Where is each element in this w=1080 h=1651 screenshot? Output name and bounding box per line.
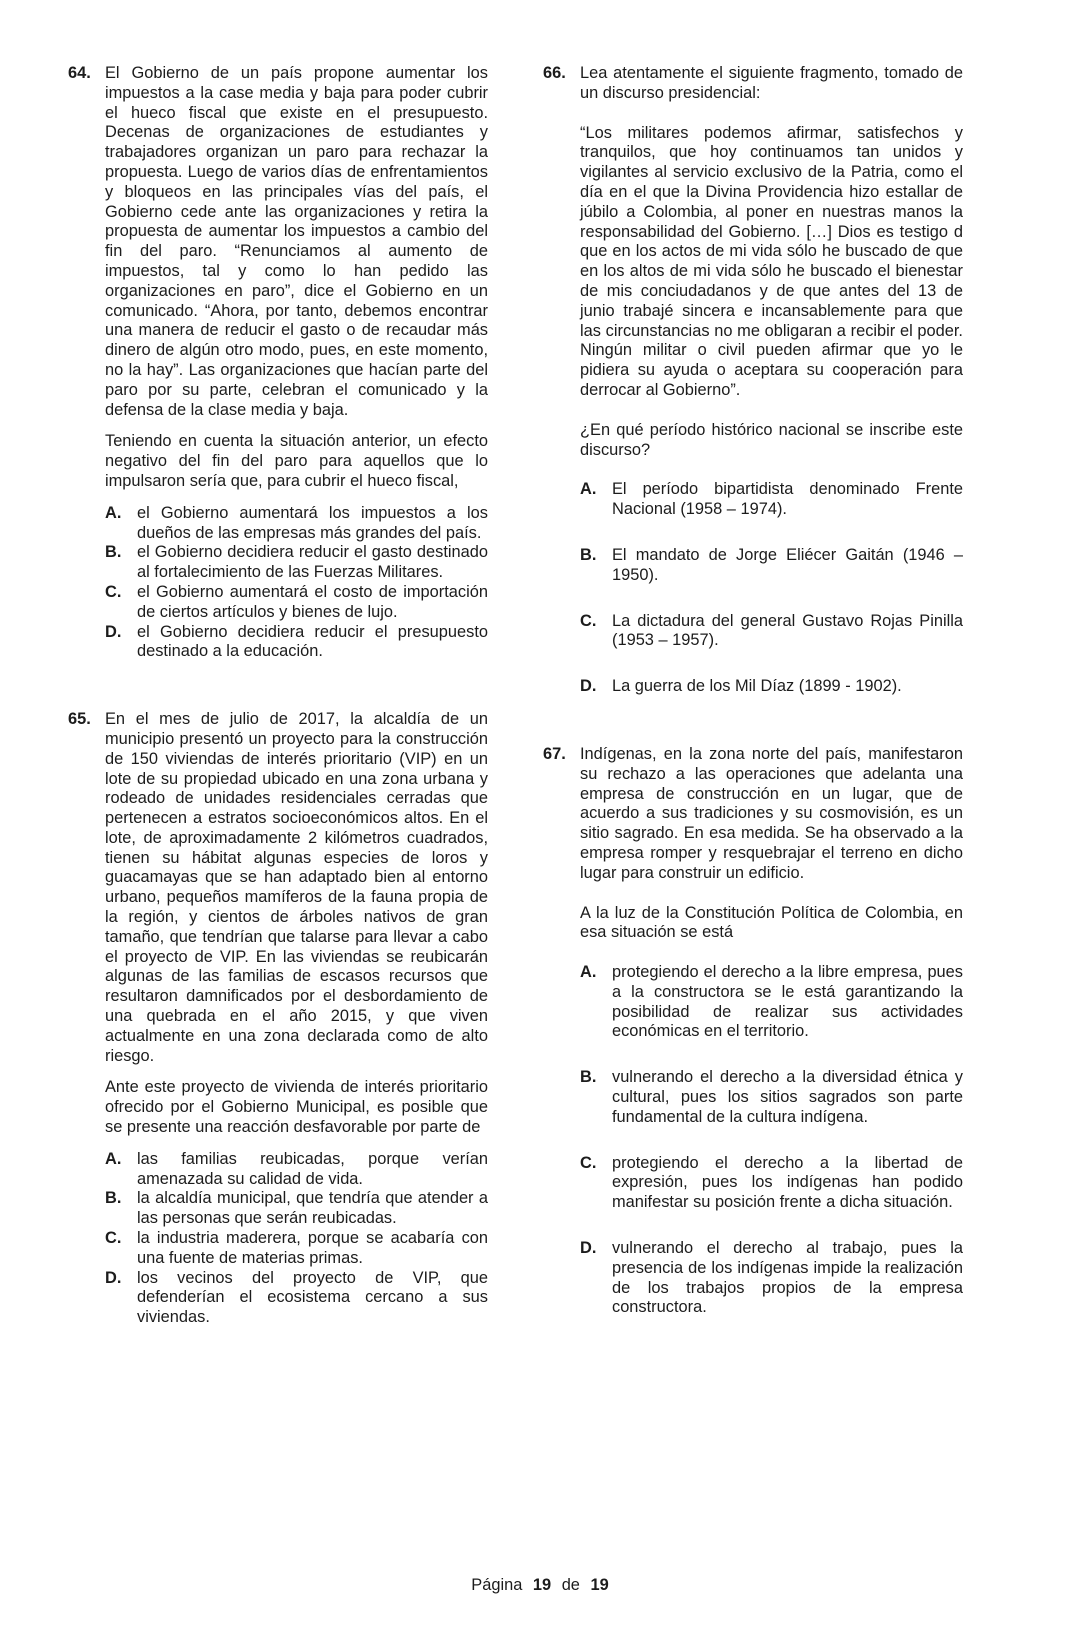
question-prompt: ¿En qué período histórico nacional se in… — [580, 421, 963, 461]
question-number: 67. — [543, 745, 580, 1318]
option-letter: C. — [105, 583, 137, 623]
option-letter: A. — [580, 963, 612, 1042]
option-letter: B. — [105, 543, 137, 583]
question-64: 64. El Gobierno de un país propone aumen… — [68, 64, 488, 662]
page-footer: Página 19 de 19 — [0, 1576, 1080, 1596]
answer-option-a: A. protegiendo el derecho a la libre emp… — [580, 963, 963, 1042]
answer-options: A. las familias reubicadas, porque vería… — [105, 1150, 488, 1328]
answer-option-b: B. la alcaldía municipal, que tendría qu… — [105, 1189, 488, 1229]
option-text: vulnerando el derecho al trabajo, pues l… — [612, 1239, 963, 1318]
answer-option-b: B. El mandato de Jorge Eliécer Gaitán (1… — [580, 546, 963, 586]
option-letter: B. — [105, 1189, 137, 1229]
answer-option-d: D. La guerra de los Mil Díaz (1899 - 190… — [580, 677, 963, 697]
answer-option-c: C. protegiendo el derecho a la libertad … — [580, 1154, 963, 1213]
answer-option-b: B. el Gobierno decidiera reducir el gast… — [105, 543, 488, 583]
footer-label-of: de — [562, 1576, 580, 1596]
option-letter: D. — [105, 1269, 137, 1328]
page-number: 19 — [533, 1576, 551, 1596]
option-text: El mandato de Jorge Eliécer Gaitán (1946… — [612, 546, 963, 586]
option-letter: A. — [105, 504, 137, 544]
answer-option-b: B. vulnerando el derecho a la diversidad… — [580, 1068, 963, 1127]
option-text: La dictadura del general Gustavo Rojas P… — [612, 612, 963, 652]
total-pages: 19 — [590, 1576, 608, 1596]
option-text: protegiendo el derecho a la libertad de … — [612, 1154, 963, 1213]
answer-option-d: D. los vecinos del proyecto de VIP, que … — [105, 1269, 488, 1328]
left-column: 64. El Gobierno de un país propone aumen… — [68, 64, 488, 1328]
option-letter: B. — [580, 1068, 612, 1127]
question-67: 67. Indígenas, en la zona norte del país… — [543, 745, 963, 1318]
question-body: El Gobierno de un país propone aumentar … — [105, 64, 488, 662]
question-paragraph: El Gobierno de un país propone aumentar … — [105, 64, 488, 420]
option-letter: A. — [105, 1150, 137, 1190]
option-letter: C. — [580, 612, 612, 652]
quote-paragraph: “Los militares podemos afirmar, satisfec… — [580, 124, 963, 401]
option-letter: D. — [580, 1239, 612, 1318]
option-text: El período bipartidista denominado Frent… — [612, 480, 963, 520]
question-paragraph: Lea atentamente el siguiente fragmento, … — [580, 64, 963, 104]
question-number: 65. — [68, 710, 105, 1328]
answer-option-c: C. la industria maderera, porque se acab… — [105, 1229, 488, 1269]
option-text: La guerra de los Mil Díaz (1899 - 1902). — [612, 677, 963, 697]
option-text: el Gobierno aumentará el costo de import… — [137, 583, 488, 623]
option-text: vulnerando el derecho a la diversidad ét… — [612, 1068, 963, 1127]
question-paragraph: Ante este proyecto de vivienda de interé… — [105, 1078, 488, 1137]
right-column: 66. Lea atentamente el siguiente fragmen… — [543, 64, 963, 1328]
option-text: la alcaldía municipal, que tendría que a… — [137, 1189, 488, 1229]
option-letter: D. — [580, 677, 612, 697]
exam-page: 64. El Gobierno de un país propone aumen… — [0, 0, 1080, 1651]
question-prompt: A la luz de la Constitución Política de … — [580, 904, 963, 944]
question-paragraph: Indígenas, en la zona norte del país, ma… — [580, 745, 963, 884]
option-text: el Gobierno decidiera reducir el gasto d… — [137, 543, 488, 583]
question-65: 65. En el mes de julio de 2017, la alcal… — [68, 710, 488, 1328]
option-text: la industria maderera, porque se acabarí… — [137, 1229, 488, 1269]
option-letter: C. — [580, 1154, 612, 1213]
answer-options: A. protegiendo el derecho a la libre emp… — [580, 963, 963, 1318]
answer-option-d: D. el Gobierno decidiera reducir el pres… — [105, 623, 488, 663]
two-column-layout: 64. El Gobierno de un país propone aumen… — [0, 0, 1080, 1328]
answer-option-a: A. las familias reubicadas, porque vería… — [105, 1150, 488, 1190]
answer-option-d: D. vulnerando el derecho al trabajo, pue… — [580, 1239, 963, 1318]
option-letter: C. — [105, 1229, 137, 1269]
answer-option-c: C. La dictadura del general Gustavo Roja… — [580, 612, 963, 652]
answer-option-a: A. el Gobierno aumentará los impuestos a… — [105, 504, 488, 544]
question-body: En el mes de julio de 2017, la alcaldía … — [105, 710, 488, 1328]
question-number: 64. — [68, 64, 105, 662]
option-letter: B. — [580, 546, 612, 586]
question-number: 66. — [543, 64, 580, 697]
question-paragraph: En el mes de julio de 2017, la alcaldía … — [105, 710, 488, 1066]
answer-option-a: A. El período bipartidista denominado Fr… — [580, 480, 963, 520]
answer-options: A. el Gobierno aumentará los impuestos a… — [105, 504, 488, 662]
question-body: Indígenas, en la zona norte del país, ma… — [580, 745, 963, 1318]
footer-label-prefix: Página — [471, 1576, 522, 1596]
option-text: el Gobierno aumentará los impuestos a lo… — [137, 504, 488, 544]
option-text: las familias reubicadas, porque verían a… — [137, 1150, 488, 1190]
answer-option-c: C. el Gobierno aumentará el costo de imp… — [105, 583, 488, 623]
option-text: protegiendo el derecho a la libre empres… — [612, 963, 963, 1042]
option-letter: A. — [580, 480, 612, 520]
question-body: Lea atentamente el siguiente fragmento, … — [580, 64, 963, 697]
option-text: el Gobierno decidiera reducir el presupu… — [137, 623, 488, 663]
question-paragraph: Teniendo en cuenta la situación anterior… — [105, 432, 488, 491]
question-66: 66. Lea atentamente el siguiente fragmen… — [543, 64, 963, 697]
answer-options: A. El período bipartidista denominado Fr… — [580, 480, 963, 697]
option-letter: D. — [105, 623, 137, 663]
option-text: los vecinos del proyecto de VIP, que def… — [137, 1269, 488, 1328]
